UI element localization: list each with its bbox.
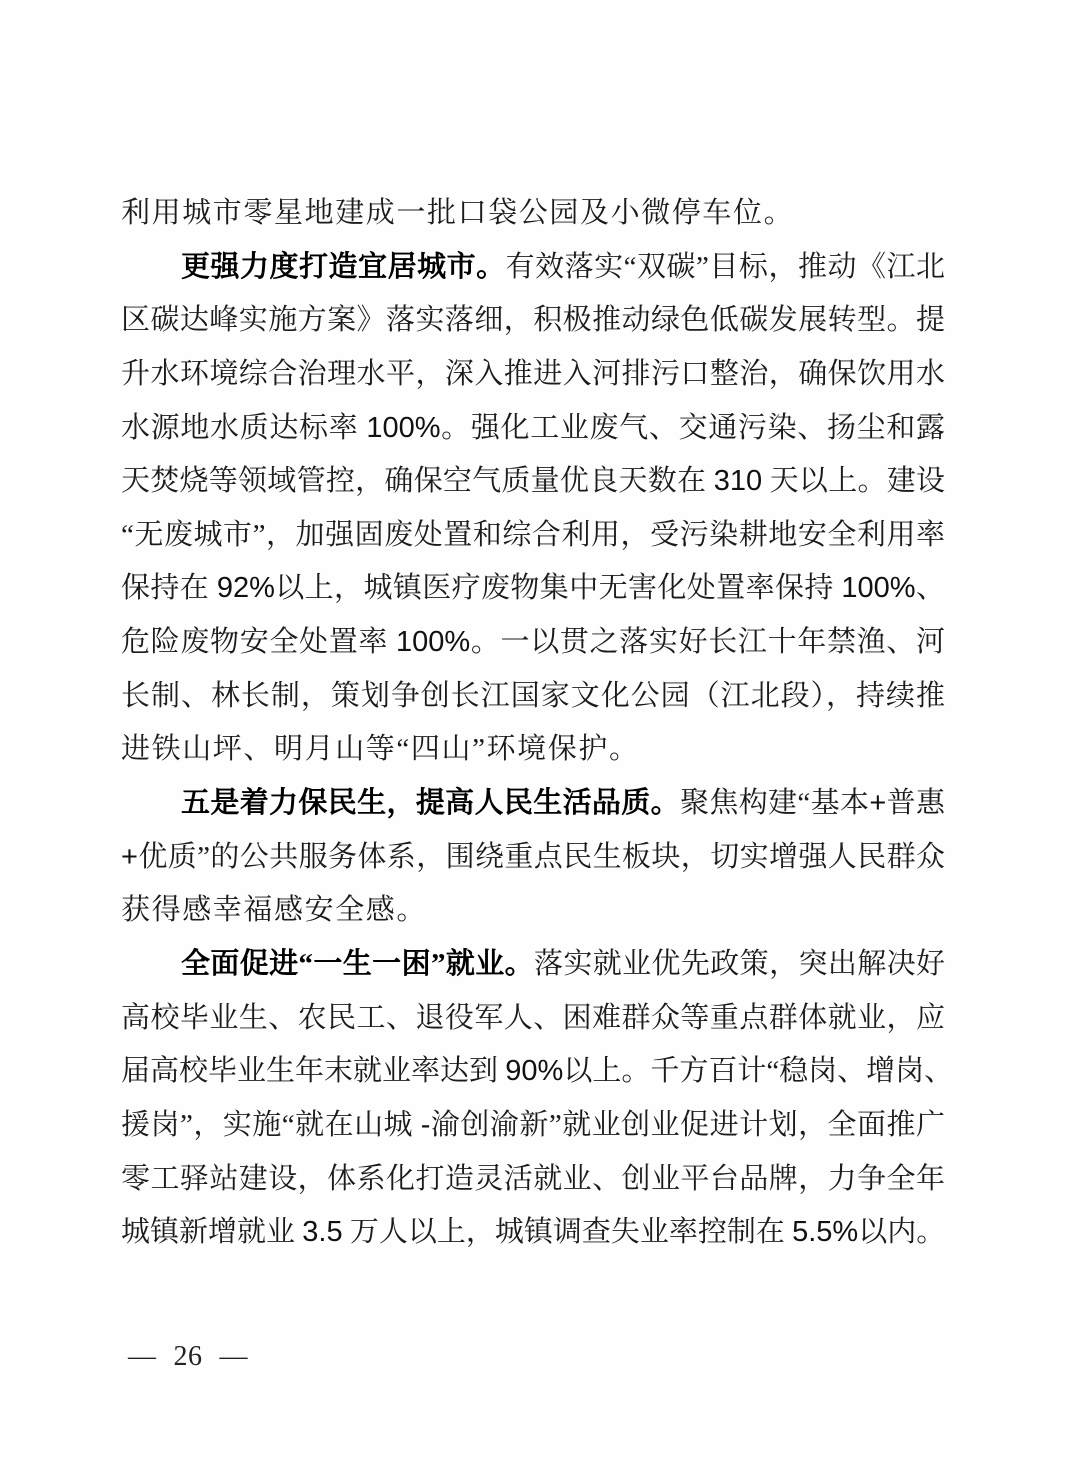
text-line: “无废城市”，加强固废处置和综合利用，受污染耕地安全利用率 [121,509,945,563]
text-segment: “无废城市”，加强固废处置和综合利用，受污染耕地安全利用率 [121,519,945,551]
text-line: 届高校毕业生年末就业率达到 90%以上。千方百计“稳岗、增岗、 [121,1045,945,1099]
text-line: +优质”的公共服务体系，围绕重点民生板块，切实增强人民群众 [121,831,945,885]
text-line: 零工驿站建设，体系化打造灵活就业、创业平台品牌，力争全年 [121,1153,945,1207]
text-segment: 长制、林长制，策划争创长江国家文化公园（江北段），持续推 [121,680,945,712]
text-line: 高校毕业生、农民工、退役军人、困难群众等重点群体就业，应 [121,992,945,1046]
text-segment: 有效落实“双碳”目标，推动《江北 [506,251,945,283]
bold-lead-segment: 更强力度打造宜居城市。 [181,251,506,283]
text-segment: 天焚烧等领域管控，确保空气质量优良天数在 310 天以上。建设 [121,465,945,497]
text-line: 进铁山坪、明月山等“四山”环境保护。 [121,723,945,777]
text-segment: 升水环境综合治理水平，深入推进入河排污口整治，确保饮用水 [121,358,945,390]
text-line: 五是着力保民生，提高人民生活品质。聚焦构建“基本+普惠 [121,777,945,831]
text-line: 更强力度打造宜居城市。有效落实“双碳”目标，推动《江北 [121,241,945,295]
document-page: 利用城市零星地建成一批口袋公园及小微停车位。更强力度打造宜居城市。有效落实“双碳… [0,0,1074,1458]
numeral: 100% [396,626,470,658]
text-segment: 利用城市零星地建成一批口袋公园及小微停车位。 [121,197,794,229]
text-segment: 保持在 92%以上，城镇医疗废物集中无害化处置率保持 100%、 [121,572,945,604]
numeral: 92% [217,572,275,604]
text-line: 全面促进“一生一困”就业。落实就业优先政策，突出解决好 [121,938,945,992]
numeral: - [421,1109,431,1141]
text-segment: 水源地水质达标率 100%。强化工业废气、交通污染、扬尘和露 [121,412,945,444]
bold-lead-segment: 五是着力保民生，提高人民生活品质。 [181,787,680,819]
text-line: 城镇新增就业 3.5 万人以上，城镇调查失业率控制在 5.5%以内。 [121,1206,945,1260]
footer-dash-left: — [128,1341,157,1372]
page-footer: —26— [128,1338,248,1376]
text-line: 危险废物安全处置率 100%。一以贯之落实好长江十年禁渔、河 [121,616,945,670]
text-line: 获得感幸福感安全感。 [121,884,945,938]
numeral: 90% [505,1055,563,1087]
text-segment: 进铁山坪、明月山等“四山”环境保护。 [121,733,640,765]
text-line: 水源地水质达标率 100%。强化工业废气、交通污染、扬尘和露 [121,402,945,456]
numeral: + [121,841,138,873]
numeral: + [869,787,886,819]
text-line: 援岗”，实施“就在山城 -渝创渝新”就业创业促进计划，全面推广 [121,1099,945,1153]
text-segment: 零工驿站建设，体系化打造灵活就业、创业平台品牌，力争全年 [121,1163,945,1195]
text-segment: 援岗”，实施“就在山城 -渝创渝新”就业创业促进计划，全面推广 [121,1109,945,1141]
text-line: 升水环境综合治理水平，深入推进入河排污口整治，确保饮用水 [121,348,945,402]
text-line: 长制、林长制，策划争创长江国家文化公园（江北段），持续推 [121,670,945,724]
text-line: 区碳达峰实施方案》落实落细，积极推动绿色低碳发展转型。提 [121,294,945,348]
numeral: 3.5 [302,1216,342,1248]
text-line: 保持在 92%以上，城镇医疗废物集中无害化处置率保持 100%、 [121,562,945,616]
numeral: 310 [714,465,762,497]
text-segment: 聚焦构建“基本+普惠 [680,787,945,819]
numeral: 5.5% [792,1216,858,1248]
text-segment: 届高校毕业生年末就业率达到 90%以上。千方百计“稳岗、增岗、 [121,1055,953,1087]
numeral: 100% [841,572,915,604]
text-segment: +优质”的公共服务体系，围绕重点民生板块，切实增强人民群众 [121,841,945,873]
text-line: 天焚烧等领域管控，确保空气质量优良天数在 310 天以上。建设 [121,455,945,509]
text-segment: 危险废物安全处置率 100%。一以贯之落实好长江十年禁渔、河 [121,626,945,658]
text-segment: 区碳达峰实施方案》落实落细，积极推动绿色低碳发展转型。提 [121,304,945,336]
text-line: 利用城市零星地建成一批口袋公园及小微停车位。 [121,187,945,241]
text-segment: 高校毕业生、农民工、退役军人、困难群众等重点群体就业，应 [121,1002,945,1034]
page-number: 26 [174,1341,203,1372]
text-block: 利用城市零星地建成一批口袋公园及小微停车位。更强力度打造宜居城市。有效落实“双碳… [121,187,945,1260]
text-segment: 落实就业优先政策，突出解决好 [534,948,945,980]
footer-dash-right: — [220,1341,249,1372]
bold-lead-segment: 全面促进“一生一困”就业。 [181,948,534,980]
text-segment: 获得感幸福感安全感。 [121,894,427,926]
text-segment: 城镇新增就业 3.5 万人以上，城镇调查失业率控制在 5.5%以内。 [121,1216,945,1248]
numeral: 100% [366,412,440,444]
